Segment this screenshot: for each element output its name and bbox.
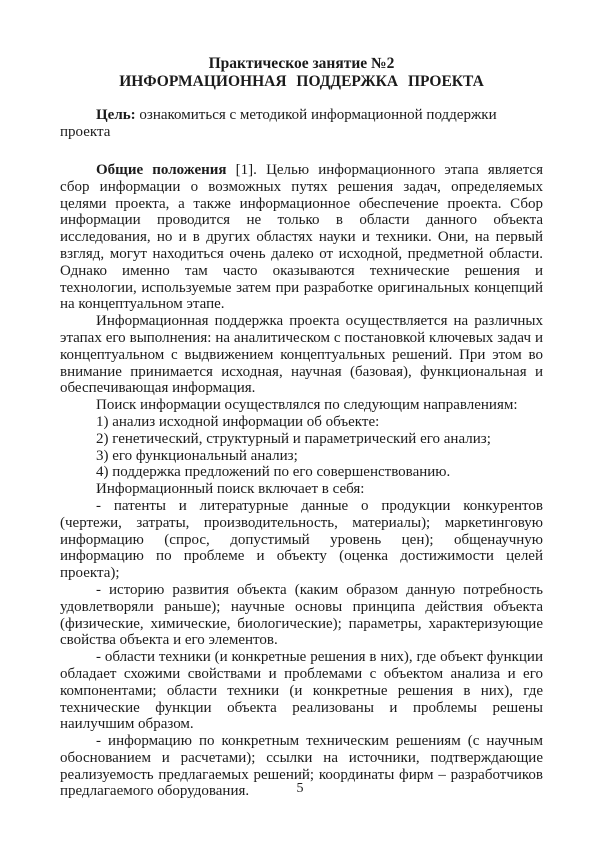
list-item-3: 3) его функциональный анализ; [60, 448, 543, 465]
page-content: Практическое занятие №2 ИНФОРМАЦИОННАЯ П… [0, 0, 600, 800]
paragraph-lead: Общие положения [96, 162, 227, 178]
list-item-1: 1) анализ исходной информации об объекте… [60, 414, 543, 431]
list-item-text: 2) генетический, структурный и параметри… [96, 431, 491, 447]
document-heading: ИНФОРМАЦИОННАЯ ПОДДЕРЖКА ПРОЕКТА [60, 73, 543, 91]
dash-item-patents: - патенты и литературные данные о продук… [60, 498, 543, 582]
paragraph-search-includes: Информационный поиск включает в себя: [60, 481, 543, 498]
list-item-4: 4) поддержка предложений по его совершен… [60, 464, 543, 481]
document-page: Практическое занятие №2 ИНФОРМАЦИОННАЯ П… [0, 0, 600, 848]
lesson-title: Практическое занятие №2 [60, 55, 543, 73]
list-item-text: 1) анализ исходной информации об объекте… [96, 414, 379, 430]
paragraph-general-provisions: Общие положения [1]. Целью информационно… [60, 162, 543, 313]
list-item-text: 4) поддержка предложений по его совершен… [96, 464, 450, 480]
dash-item-tech-areas: - области техники (и конкретные решения … [60, 649, 543, 733]
paragraph-text: Информационный поиск включает в себя: [96, 481, 364, 497]
list-item-2: 2) генетический, структурный и параметри… [60, 431, 543, 448]
goal-label: Цель: [96, 107, 136, 123]
dash-item-text: - патенты и литературные данные о продук… [60, 498, 543, 581]
paragraph-text: Поиск информации осуществлялся по следую… [96, 397, 518, 413]
dash-item-history: - историю развития объекта (каким образо… [60, 582, 543, 649]
paragraph-text: Информационная поддержка проекта осущест… [60, 313, 543, 396]
goal-paragraph: Цель: ознакомиться с методикой информаци… [60, 107, 543, 141]
page-number: 5 [0, 781, 600, 797]
list-item-text: 3) его функциональный анализ; [96, 448, 298, 464]
paragraph-search-directions: Поиск информации осуществлялся по следую… [60, 397, 543, 414]
paragraph-info-support: Информационная поддержка проекта осущест… [60, 313, 543, 397]
paragraph-text: [1]. Целью информационного этапа являетс… [60, 162, 543, 312]
dash-item-text: - области техники (и конкретные решения … [60, 649, 543, 732]
dash-item-text: - историю развития объекта (каким образо… [60, 582, 543, 648]
